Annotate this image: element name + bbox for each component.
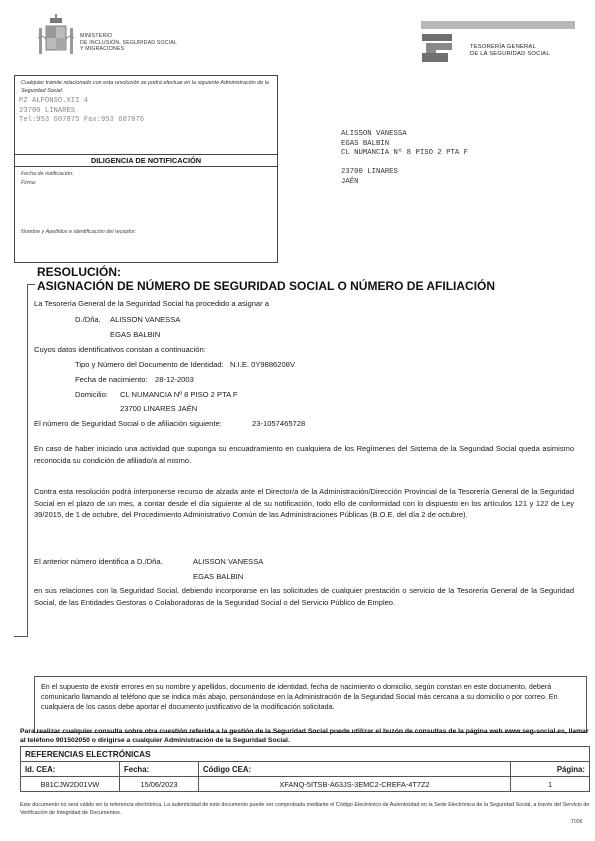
address-line: 23700 LINARES <box>19 107 144 117</box>
last-name: EGAS BALBIN <box>110 329 160 340</box>
tgss-name: TESORERÍA GENERAL DE LA SEGURIDAD SOCIAL <box>470 44 550 58</box>
doc-label: Tipo y Número del Documento de Identidad… <box>75 359 224 370</box>
tgss-logo-icon <box>420 34 456 64</box>
identify-last-name: EGAS BALBIN <box>193 571 243 582</box>
tgss-header-bar <box>421 21 575 29</box>
tgss-line: DE LA SEGURIDAD SOCIAL <box>470 51 550 58</box>
paragraph-relations: en sus relaciones con la Seguridad Socia… <box>34 585 574 608</box>
fecha-label: Fecha: <box>120 762 199 777</box>
tgss-line: TESORERÍA GENERAL <box>470 44 550 51</box>
ministry-line: Y MIGRACIONES <box>80 46 177 53</box>
recipient-line: CL NUMANCIA Nº 8 PISO 2 PTA F <box>341 149 468 159</box>
codigo-cea-label: Código CEA: <box>199 762 511 777</box>
recipient-line: EGAS BALBIN <box>341 140 468 150</box>
bracket-top <box>27 284 35 285</box>
administration-intro: Cualquier trámite relacionado con esta r… <box>21 79 271 95</box>
consulta-info: Para realizar cualquier consulta sobre o… <box>20 727 590 745</box>
bracket-left <box>27 284 28 636</box>
table-row: REFERENCIAS ELECTRÓNICAS <box>21 747 590 762</box>
paragraph-appeal: Contra esta resolución podrá interponers… <box>34 486 574 521</box>
address-line-2: 23700 LINARES JAÉN <box>120 403 197 414</box>
signature-label: Firma: <box>21 180 36 186</box>
recipient-spacer <box>341 159 468 169</box>
recipient-line: ALISSON VANESSA <box>341 130 468 140</box>
resolution-title: RESOLUCIÓN: ASIGNACIÓN DE NÚMERO DE SEGU… <box>37 266 495 293</box>
identify-label: El anterior número identifica a D./Dña. <box>34 556 163 567</box>
paragraph-affiliation: En caso de haber iniciado una actividad … <box>34 443 574 466</box>
bracket-bottom <box>14 636 28 637</box>
administration-address: PZ ALFONSO.XII 423700 LINARESTel:953 607… <box>19 97 144 126</box>
address-line-1: CL NUMANCIA Nº 8 PISO 2 PTA F <box>120 389 238 400</box>
table-row: Id. CEA: Fecha: Código CEA: Página: <box>21 762 590 777</box>
title-line-2: ASIGNACIÓN DE NÚMERO DE SEGURIDAD SOCIAL… <box>37 280 495 294</box>
address-line: Tel:953 607875 Fax:953 607876 <box>19 116 144 126</box>
pagina-label: Página: <box>511 762 590 777</box>
assign-intro: La Tesorería General de la Seguridad Soc… <box>34 298 269 309</box>
ministry-name: MINISTERIO DE INCLUSIÓN, SEGURIDAD SOCIA… <box>80 33 177 53</box>
birth-label: Fecha de nacimiento: <box>75 374 148 385</box>
ss-number-label: El número de Seguridad Social o de afili… <box>34 418 222 429</box>
address-line: PZ ALFONSO.XII 4 <box>19 97 144 107</box>
table-row: B81CJW2D01VW 15/06/2023 XFANQ-5ITSB-A63J… <box>21 777 590 792</box>
address-label: Domicilio: <box>75 389 108 400</box>
pagina-value: 1 <box>511 777 590 792</box>
fecha-value: 15/06/2023 <box>120 777 199 792</box>
identify-first-name: ALISSON VANESSA <box>193 556 263 567</box>
id-cea-value: B81CJW2D01VW <box>21 777 120 792</box>
errors-notice: En el supuesto de existir errores en su … <box>34 676 587 733</box>
data-intro: Cuyos datos identificativos constan a co… <box>34 344 206 355</box>
coat-of-arms-icon <box>36 14 76 62</box>
doc-value: N.I.E. 0Y9886208V <box>230 359 295 370</box>
birth-value: 28-12-2003 <box>155 374 194 385</box>
recipient-address: ALISSON VANESSAEGAS BALBINCL NUMANCIA Nº… <box>341 130 468 188</box>
administration-box: Cualquier trámite relacionado con esta r… <box>14 75 278 263</box>
receptor-label: Nombre y Apellidos e identificación del … <box>21 229 136 235</box>
diligence-title: DILIGENCIA DE NOTIFICACIÓN <box>15 154 277 167</box>
title-line-1: RESOLUCIÓN: <box>37 266 495 280</box>
id-cea-label: Id. CEA: <box>21 762 120 777</box>
recipient-line: 23700 LINARES <box>341 168 468 178</box>
notification-date-label: Fecha de notificación: <box>21 171 73 177</box>
name-prefix: D./Dña. <box>75 314 101 325</box>
form-code: T006 <box>571 819 582 825</box>
footer-note: Este documento no será válido sin la ref… <box>20 801 590 817</box>
electronic-references-table: REFERENCIAS ELECTRÓNICAS Id. CEA: Fecha:… <box>20 746 590 792</box>
codigo-cea-value: XFANQ-5ITSB-A63JS-3EMC2-CREFA-4T7Z2 <box>199 777 511 792</box>
ss-number-value: 23-1057465728 <box>252 418 305 429</box>
references-title: REFERENCIAS ELECTRÓNICAS <box>21 747 590 762</box>
first-name: ALISSON VANESSA <box>110 314 180 325</box>
recipient-line: JAÉN <box>341 178 468 188</box>
